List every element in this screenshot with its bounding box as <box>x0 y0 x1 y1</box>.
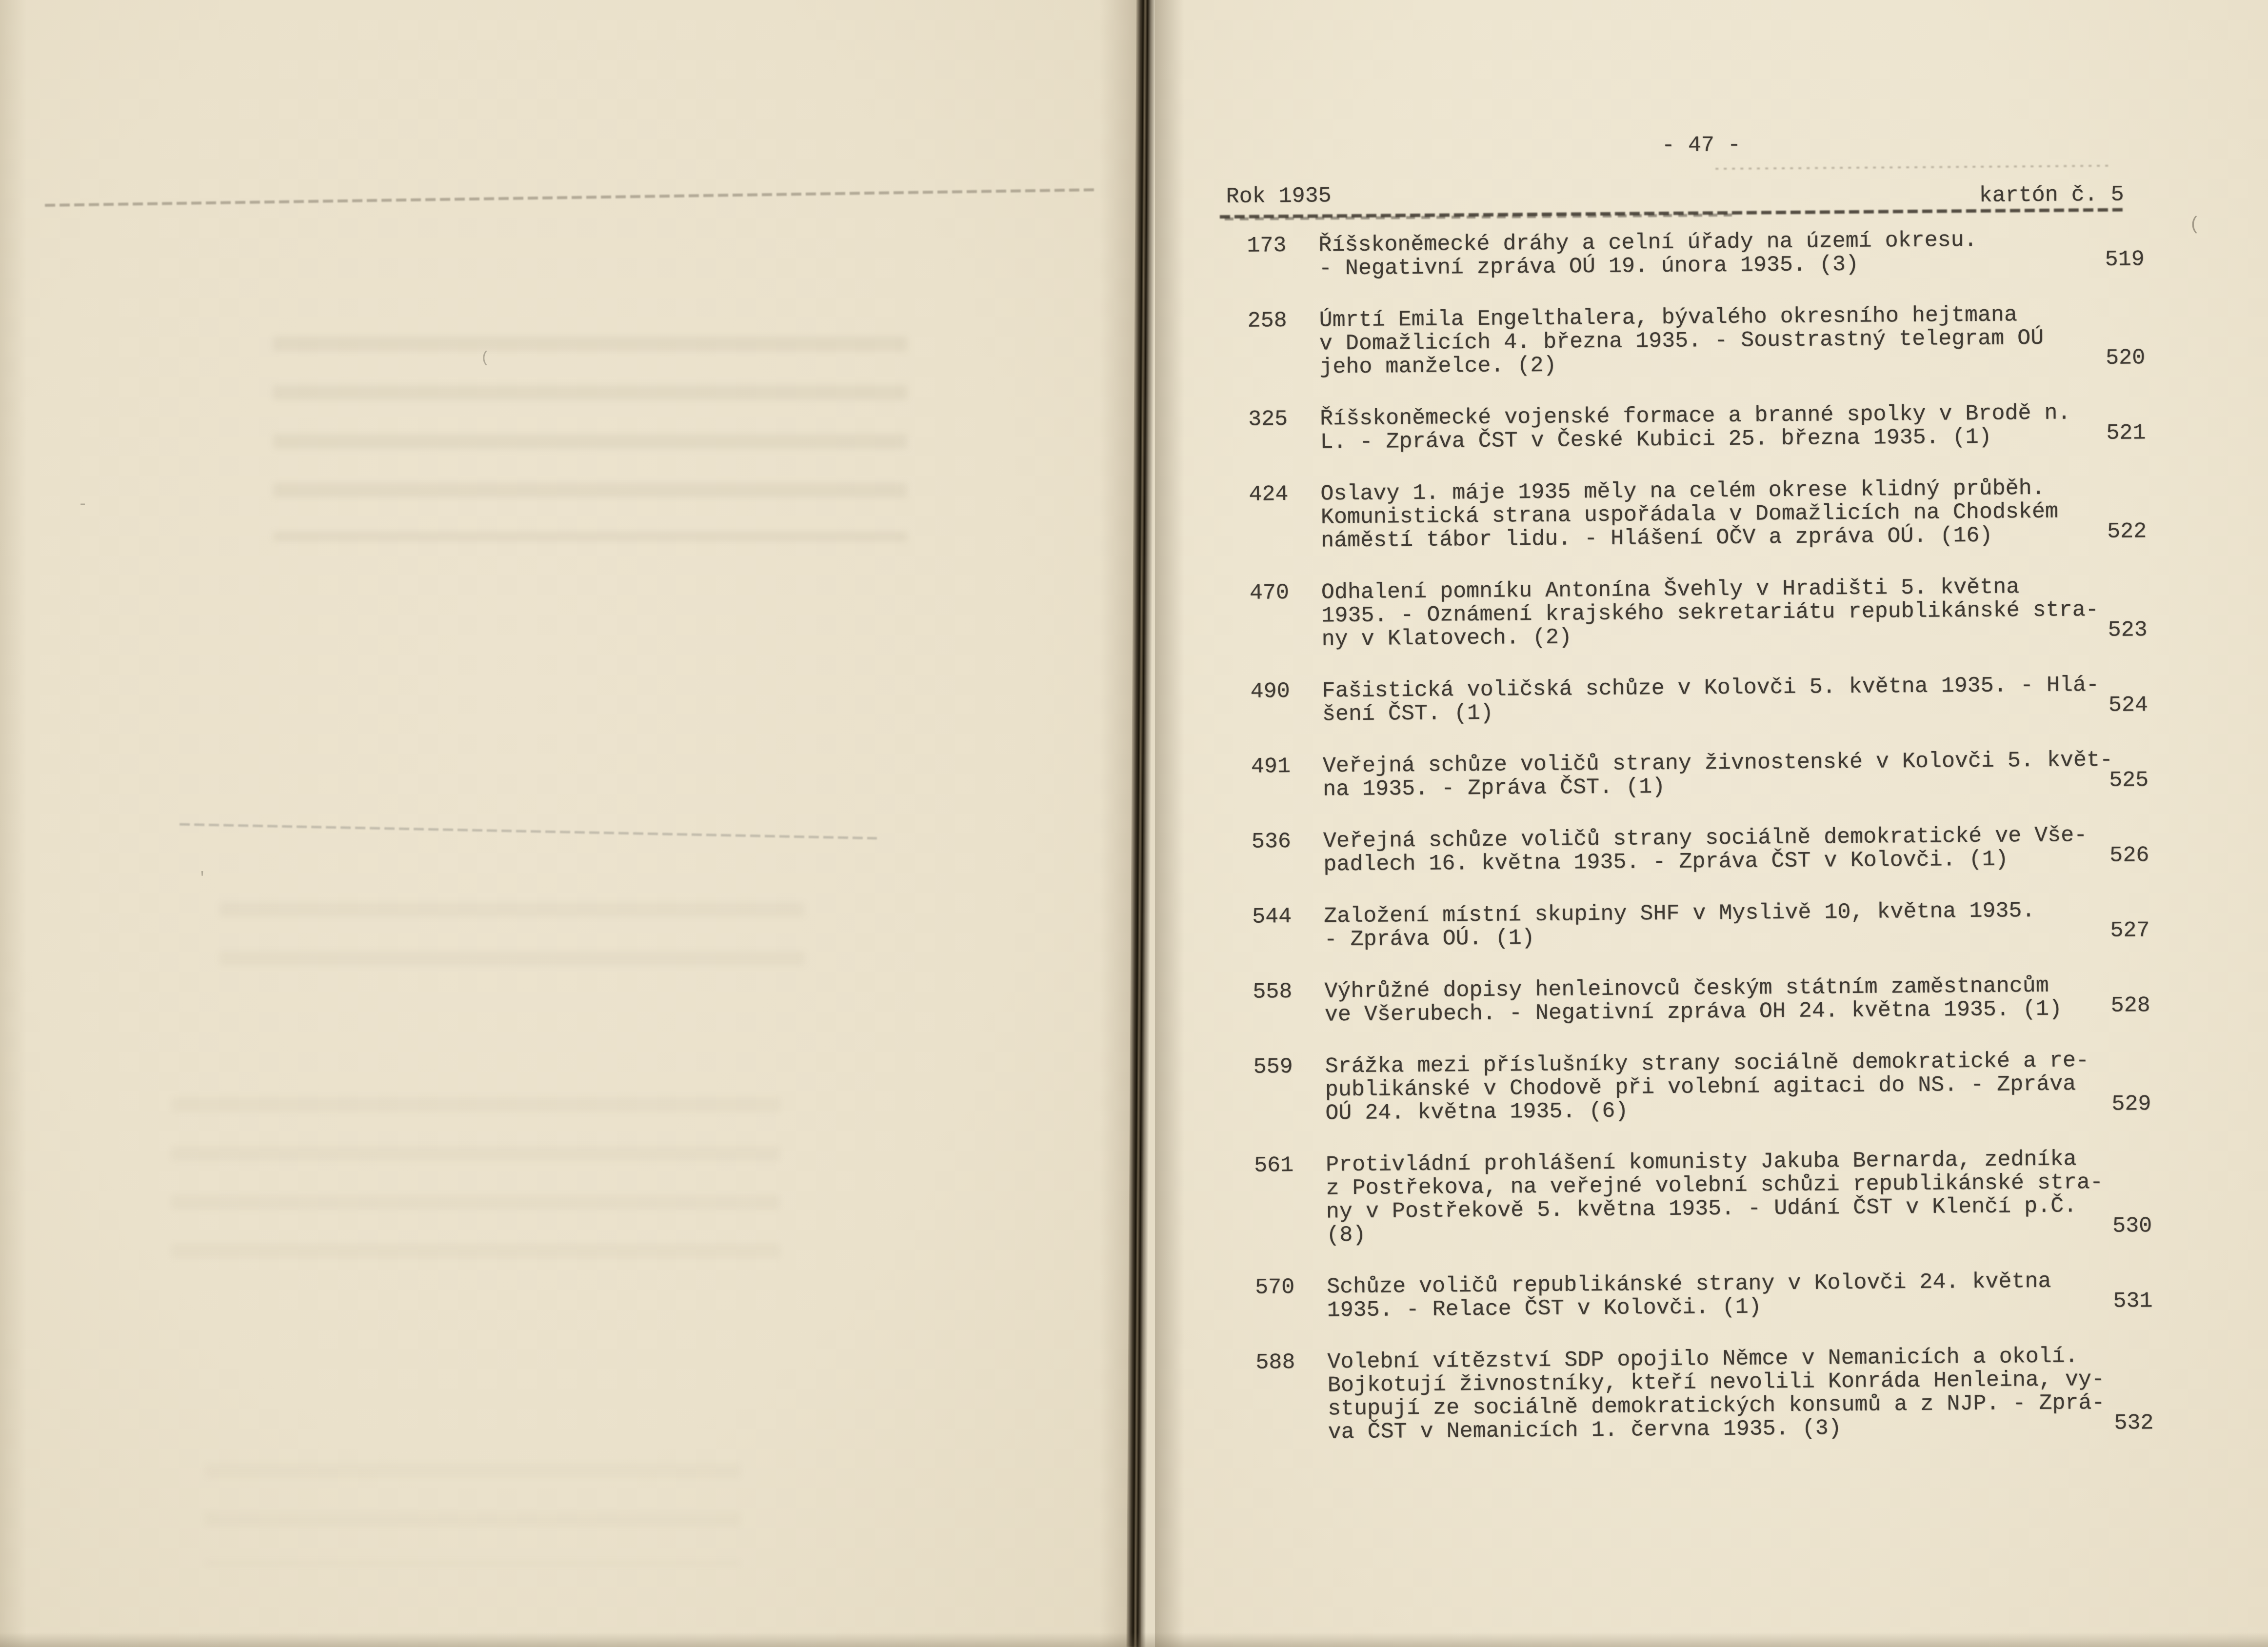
entry-line: - Negativní zpráva OÚ 19. února 1935. (3… <box>1319 251 2121 281</box>
inventory-entry-row: 561 Protivládní prohlášení komunisty Jak… <box>1254 1147 2152 1248</box>
entry-number: 558 <box>1253 980 1324 1004</box>
entry-folio-reference: 527 <box>2110 919 2149 943</box>
entry-number: 424 <box>1249 483 1320 507</box>
entry-folio-reference: 520 <box>2106 346 2145 370</box>
entry-number: 490 <box>1250 680 1322 704</box>
entry-number: 173 <box>1247 234 1318 258</box>
bleedthrough-text-smudge <box>219 902 805 980</box>
entry-folio-reference: 526 <box>2109 844 2149 868</box>
entry-line: ny v Klatovech. (2) <box>1322 622 2124 652</box>
bleedthrough-text-smudge <box>205 1463 741 1566</box>
entry-lines: Odhalení pomníku Antonína Švehly v Hradi… <box>1321 575 2124 652</box>
entry-lines: Schůze voličů republikánské strany v Kol… <box>1327 1270 2129 1323</box>
entry-lines: Veřejná schůze voličů strany sociálně de… <box>1323 824 2126 877</box>
entry-number: 470 <box>1250 581 1321 605</box>
entry-folio-reference: 532 <box>2114 1411 2153 1435</box>
entry-lines: Úmrtí Emila Engelthalera, bývalého okres… <box>1319 303 2122 379</box>
bleedthrough-text-smudge <box>273 337 907 541</box>
entry-line: padlech 16. května 1935. - Zpráva ČST v … <box>1323 847 2126 877</box>
ink-speck: ' <box>198 869 207 887</box>
entry-lines: Říšskoněmecké vojenské formace a branné … <box>1320 401 2123 455</box>
scanned-archive-inventory-spread: { "document": { "folio_number": "- 47 -"… <box>0 0 2268 1647</box>
inventory-entry-row: 536 Veřejná schůze voličů strany sociáln… <box>1252 823 2149 877</box>
entry-lines: Říšskoněmecké dráhy a celní úřady na úze… <box>1318 228 2121 281</box>
year-heading: Rok 1935 <box>1226 184 1331 209</box>
entry-line: šení ČST. (1) <box>1322 697 2125 727</box>
entry-folio-reference: 519 <box>2105 248 2145 272</box>
inventory-entry-row: 491 Veřejná schůze voličů strany živnost… <box>1251 748 2149 802</box>
inventory-entry-row: 470 Odhalení pomníku Antonína Švehly v H… <box>1250 575 2148 652</box>
entry-line: jeho manželce. (2) <box>1319 350 2122 379</box>
entry-lines: Oslavy 1. máje 1935 měly na celém okrese… <box>1320 476 2123 553</box>
entry-line: va ČST v Nemanicích 1. června 1935. (3) <box>1328 1415 2130 1445</box>
entry-lines: Založení místní skupiny SHF v Myslivě 10… <box>1324 899 2127 952</box>
entry-line: OÚ 24. května 1935. (6) <box>1325 1096 2128 1126</box>
entry-folio-reference: 525 <box>2109 769 2149 793</box>
bleedthrough-text-smudge <box>171 1097 780 1288</box>
inventory-entry-row: 490 Fašistická voličská schůze v Kolovči… <box>1250 673 2148 727</box>
entry-number: 544 <box>1252 905 1324 929</box>
inventory-entry-row: 424 Oslavy 1. máje 1935 měly na celém ok… <box>1249 476 2147 553</box>
entry-folio-reference: 524 <box>2109 694 2148 717</box>
right-page: - 47 - Rok 1935 kartón č. 5 173 Říšskoně… <box>1155 0 2268 1647</box>
inventory-entry-row: 558 Výhrůžné dopisy henleinovců českým s… <box>1253 973 2150 1027</box>
header-dashed-rule <box>1220 208 2126 219</box>
entry-lines: Protivládní prohlášení komunisty Jakuba … <box>1326 1148 2129 1248</box>
faint-dotted-rule <box>1715 165 2110 170</box>
entry-number: 570 <box>1255 1275 1327 1299</box>
entry-line: - Zpráva OÚ. (1) <box>1324 922 2126 952</box>
entry-folio-reference: 528 <box>2111 994 2150 1018</box>
entry-line: L. - Zpráva ČST v České Kubici 25. březn… <box>1320 425 2122 455</box>
entry-folio-reference: 530 <box>2112 1214 2152 1238</box>
entry-line: náměstí tábor lidu. - Hlášení OČV a zprá… <box>1321 523 2123 553</box>
entry-number: 491 <box>1251 755 1323 779</box>
inventory-entry-row: 258 Úmrtí Emila Engelthalera, bývalého o… <box>1247 302 2145 379</box>
entry-list: 173 Říšskoněmecké dráhy a celní úřady na… <box>1155 227 2189 1474</box>
entry-number: 559 <box>1253 1055 1325 1079</box>
entry-lines: Srážka mezi příslušníky strany sociálně … <box>1325 1049 2128 1126</box>
ink-speck: - <box>78 495 87 513</box>
entry-folio-reference: 531 <box>2113 1290 2152 1313</box>
entry-line: na 1935. - Zpráva ČST. (1) <box>1323 772 2125 802</box>
inventory-entry-row: 325 Říšskoněmecké vojenské formace a bra… <box>1248 401 2146 455</box>
entry-number: 258 <box>1247 309 1319 333</box>
entry-folio-reference: 522 <box>2107 520 2147 544</box>
entry-line: ve Všerubech. - Negativní zpráva OH 24. … <box>1325 997 2127 1027</box>
carton-label: kartón č. 5 <box>1979 183 2124 208</box>
entry-lines: Volební vítězství SDP opojilo Němce v Ne… <box>1327 1345 2130 1445</box>
entry-line: 1935. - Relace ČST v Kolovči. (1) <box>1327 1293 2129 1323</box>
entry-lines: Veřejná schůze voličů strany živnostensk… <box>1323 749 2126 802</box>
entry-folio-reference: 523 <box>2108 618 2147 642</box>
entry-number: 536 <box>1252 830 1323 854</box>
entry-number: 561 <box>1254 1153 1326 1177</box>
bleedthrough-dashed-rule-middle <box>179 823 877 840</box>
left-page: ( ' - <box>0 0 1141 1647</box>
entry-number: 325 <box>1248 408 1320 432</box>
inventory-entry-row: 544 Založení místní skupiny SHF v Mysliv… <box>1252 898 2150 952</box>
typed-page-content: - 47 - Rok 1935 kartón č. 5 173 Říšskoně… <box>1153 0 2268 1647</box>
entry-folio-reference: 529 <box>2111 1092 2151 1116</box>
bleedthrough-dashed-rule-top <box>45 188 1098 207</box>
entry-folio-reference: 521 <box>2106 421 2146 445</box>
inventory-entry-row: 588 Volební vítězství SDP opojilo Němce … <box>1255 1344 2153 1445</box>
entry-lines: Výhrůžné dopisy henleinovců českým státn… <box>1324 974 2127 1027</box>
inventory-entry-row: 173 Říšskoněmecké dráhy a celní úřady na… <box>1247 227 2145 281</box>
entry-number: 588 <box>1255 1350 1327 1374</box>
folio-page-number: - 47 - <box>1662 134 1741 158</box>
entry-lines: Fašistická voličská schůze v Kolovči 5. … <box>1322 674 2125 727</box>
stray-pen-mark: ( <box>2189 214 2200 235</box>
ink-speck: ( <box>480 349 490 367</box>
inventory-entry-row: 559 Srážka mezi příslušníky strany sociá… <box>1253 1049 2151 1126</box>
inventory-entry-row: 570 Schůze voličů republikánské strany v… <box>1255 1269 2153 1323</box>
